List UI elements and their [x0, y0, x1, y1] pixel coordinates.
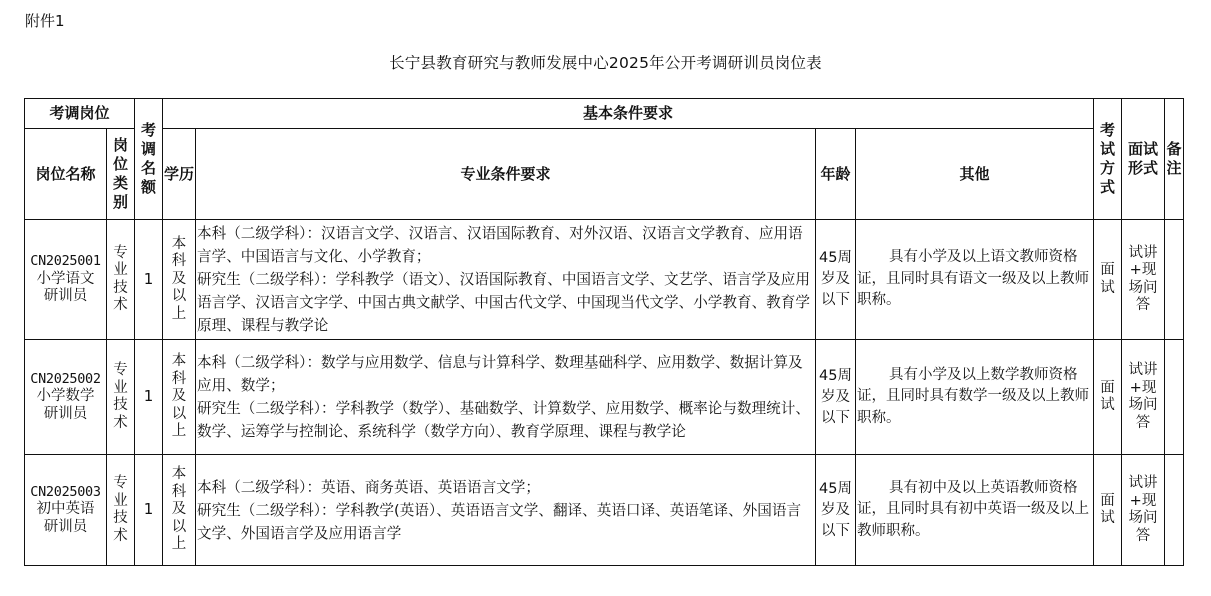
interview-form: 试讲+现场问答	[1122, 220, 1165, 340]
exam-method: 面试	[1094, 220, 1122, 340]
table-row: CN2025001 小学语文研训员 专业技术 1 本科及以上 本科（二级学科）：…	[25, 220, 1184, 340]
other-requirements: 具有小学及以上语文教师资格证，且同时具有语文一级及以上教师职称。	[856, 220, 1094, 340]
position-cell: CN2025003 初中英语研训员	[25, 455, 107, 566]
major-graduate: 研究生（二级学科）：学科教学(英语）、英语语言文学、翻译、英语口译、英语笔译、外…	[197, 499, 814, 545]
major-bachelor: 本科（二级学科）：汉语言文学、汉语言、汉语国际教育、对外汉语、汉语言文学教育、应…	[197, 222, 814, 268]
table-row: CN2025002 小学数学研训员 专业技术 1 本科及以上 本科（二级学科）：…	[25, 340, 1184, 455]
header-position-type: 岗位类别	[107, 129, 135, 220]
header-major: 专业条件要求	[196, 129, 816, 220]
table-row: CN2025003 初中英语研训员 专业技术 1 本科及以上 本科（二级学科）：…	[25, 455, 1184, 566]
position-code: CN2025002	[25, 371, 106, 389]
major-requirements: 本科（二级学科）：数学与应用数学、信息与计算科学、数理基础科学、应用数学、数据计…	[196, 340, 816, 455]
attachment-label: 附件1	[25, 10, 65, 31]
header-remarks: 备注	[1165, 99, 1184, 220]
document-title: 长宁县教育研究与教师发展中心2025年公开考调研训员岗位表	[0, 51, 1211, 73]
header-age: 年龄	[816, 129, 856, 220]
header-interview-form: 面试形式	[1122, 99, 1165, 220]
position-type: 专业技术	[107, 220, 135, 340]
other-text: 具有初中及以上英语教师资格证，且同时具有初中英语一级及以上教师职称。	[857, 480, 1089, 539]
major-requirements: 本科（二级学科）：英语、商务英语、英语语言文学； 研究生（二级学科）：学科教学(…	[196, 455, 816, 566]
age-requirement: 45周岁及以下	[816, 220, 856, 340]
header-education: 学历	[163, 129, 196, 220]
remarks	[1165, 220, 1184, 340]
education: 本科及以上	[163, 220, 196, 340]
exam-method: 面试	[1094, 455, 1122, 566]
position-type: 专业技术	[107, 340, 135, 455]
quota: 1	[135, 455, 163, 566]
major-requirements: 本科（二级学科）：汉语言文学、汉语言、汉语国际教育、对外汉语、汉语言文学教育、应…	[196, 220, 816, 340]
position-name: 小学数学研训员	[25, 388, 106, 423]
position-cell: CN2025001 小学语文研训员	[25, 220, 107, 340]
remarks	[1165, 340, 1184, 455]
position-type: 专业技术	[107, 455, 135, 566]
header-other: 其他	[856, 129, 1094, 220]
position-name: 初中英语研训员	[25, 501, 106, 536]
interview-form: 试讲+现场问答	[1122, 340, 1165, 455]
other-requirements: 具有小学及以上数学教师资格证，且同时具有数学一级及以上教师职称。	[856, 340, 1094, 455]
education: 本科及以上	[163, 340, 196, 455]
other-text: 具有小学及以上数学教师资格证，且同时具有数学一级及以上教师职称。	[857, 367, 1089, 426]
other-text: 具有小学及以上语文教师资格证，且同时具有语文一级及以上教师职称。	[857, 249, 1089, 308]
position-cell: CN2025002 小学数学研训员	[25, 340, 107, 455]
header-exam-method: 考试方式	[1094, 99, 1122, 220]
exam-method: 面试	[1094, 340, 1122, 455]
major-bachelor: 本科（二级学科）：英语、商务英语、英语语言文学；	[197, 476, 814, 499]
major-bachelor: 本科（二级学科）：数学与应用数学、信息与计算科学、数理基础科学、应用数学、数据计…	[197, 351, 814, 397]
position-name: 小学语文研训员	[25, 271, 106, 306]
position-code: CN2025001	[25, 253, 106, 271]
quota: 1	[135, 340, 163, 455]
quota: 1	[135, 220, 163, 340]
position-code: CN2025003	[25, 484, 106, 502]
header-position-name: 岗位名称	[25, 129, 107, 220]
remarks	[1165, 455, 1184, 566]
other-requirements: 具有初中及以上英语教师资格证，且同时具有初中英语一级及以上教师职称。	[856, 455, 1094, 566]
header-quota: 考调名额	[135, 99, 163, 220]
header-position-group: 考调岗位	[25, 99, 135, 129]
positions-table: 考调岗位 考调名额 基本条件要求 考试方式 面试形式 备注 岗位名称 岗位类别 …	[24, 98, 1184, 566]
major-graduate: 研究生（二级学科）：学科教学（语文）、汉语国际教育、中国语言文学、文艺学、语言学…	[197, 268, 814, 337]
major-graduate: 研究生（二级学科）：学科教学（数学）、基础数学、计算数学、应用数学、概率论与数理…	[197, 397, 814, 443]
education: 本科及以上	[163, 455, 196, 566]
interview-form: 试讲+现场问答	[1122, 455, 1165, 566]
age-requirement: 45周岁及以下	[816, 455, 856, 566]
age-requirement: 45周岁及以下	[816, 340, 856, 455]
header-requirements-group: 基本条件要求	[163, 99, 1094, 129]
